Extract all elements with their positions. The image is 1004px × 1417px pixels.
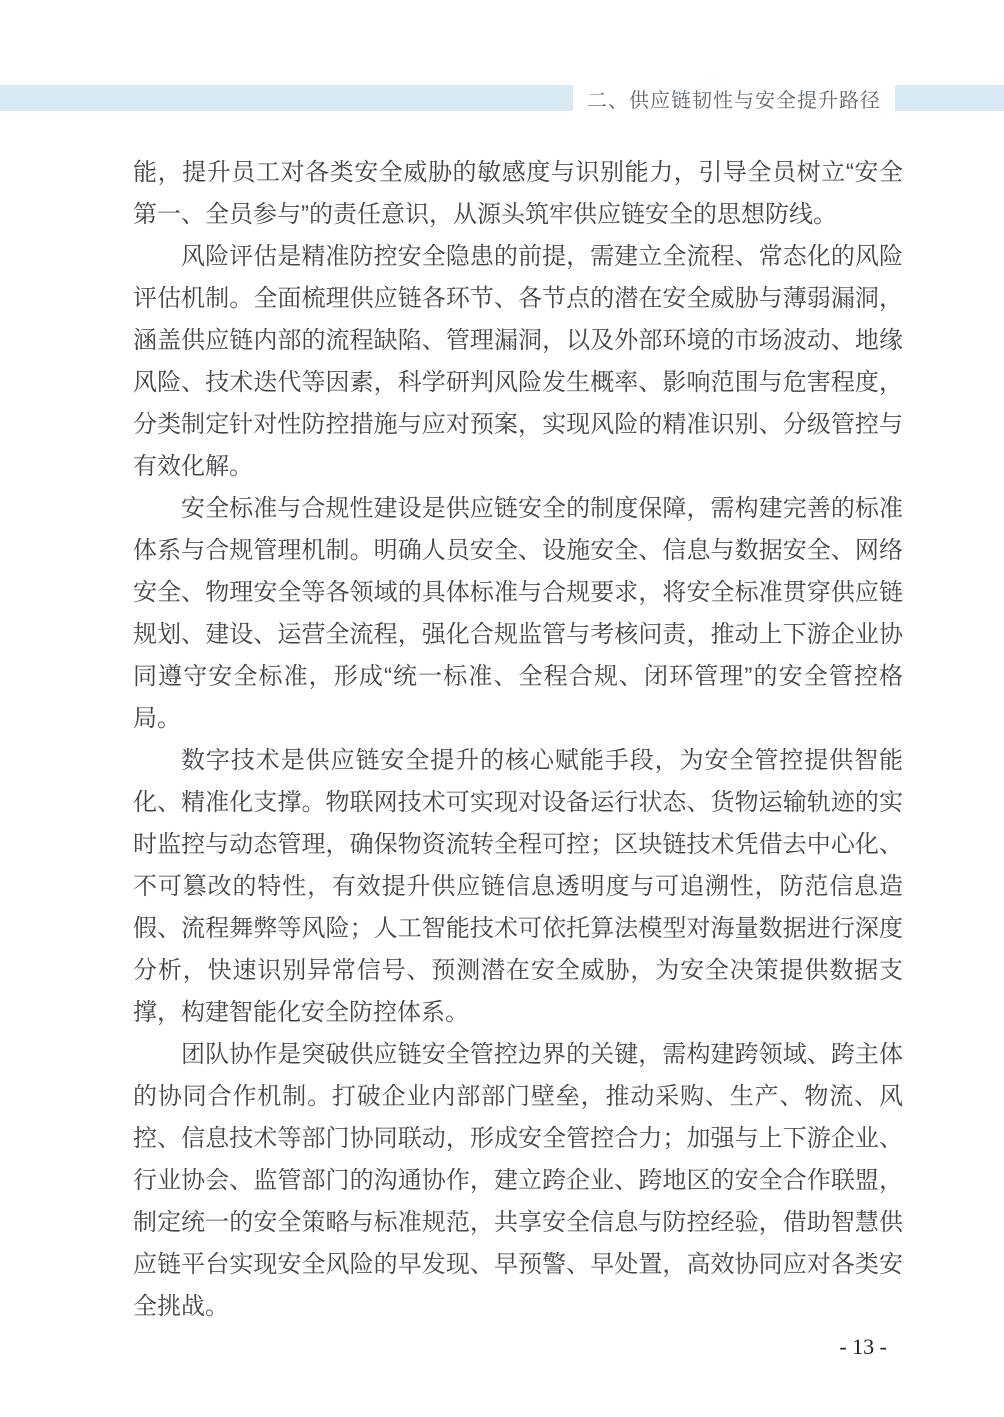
running-header: 二、供应链韧性与安全提升路径 <box>573 79 895 117</box>
paragraph: 能，提升员工对各类安全威胁的敏感度与识别能力，引导全员树立“安全第一、全员参与”… <box>133 152 903 236</box>
paragraph: 安全标准与合规性建设是供应链安全的制度保障，需构建完善的标准体系与合规管理机制。… <box>133 488 903 740</box>
paragraph: 风险评估是精准防控安全隐患的前提，需建立全流程、常态化的风险评估机制。全面梳理供… <box>133 236 903 488</box>
body-text: 能，提升员工对各类安全威胁的敏感度与识别能力，引导全员树立“安全第一、全员参与”… <box>133 152 903 1328</box>
page-number: - 13 - <box>839 1334 887 1360</box>
document-page: 二、供应链韧性与安全提升路径 能，提升员工对各类安全威胁的敏感度与识别能力，引导… <box>0 0 1004 1417</box>
paragraph: 团队协作是突破供应链安全管控边界的关键，需构建跨领域、跨主体的协同合作机制。打破… <box>133 1034 903 1328</box>
paragraph: 数字技术是供应链安全提升的核心赋能手段，为安全管控提供智能化、精准化支撑。物联网… <box>133 740 903 1034</box>
